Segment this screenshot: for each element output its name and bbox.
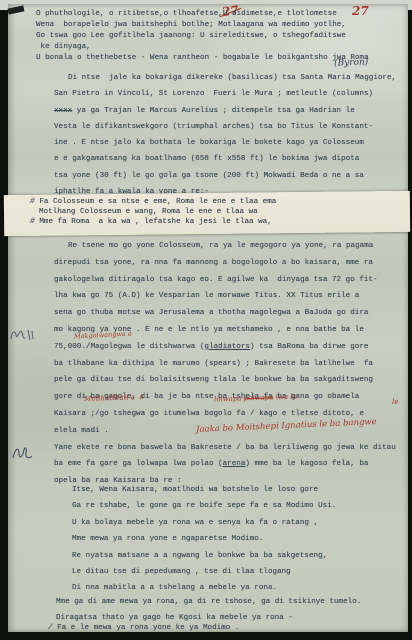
attribution-byron: (Byron) bbox=[334, 57, 369, 68]
paragraph-line: Di ntse jale ka bokariga dikereke (basil… bbox=[54, 70, 396, 86]
hymn-line: Le ditau tse di pepedumang , tse di tlaa… bbox=[72, 564, 336, 580]
paragraph-line: ine . E ntse jalo ka bothata le bokariga… bbox=[54, 135, 396, 151]
paragraph-line: ba eme fa gare ga lolwapa lwa polao (are… bbox=[54, 456, 396, 473]
hymn-line: Di nna mabitla a a tshelang a mebele ya … bbox=[72, 580, 336, 596]
underlined-word: arena bbox=[223, 460, 246, 468]
ode-line: Go tswa goo Lee gofitlhela jaanong: U si… bbox=[36, 31, 369, 42]
paragraph-line: gakologelwa ditiragalo tsa kago eo. E ag… bbox=[54, 272, 396, 289]
pencil-hash-mark: # bbox=[30, 197, 35, 206]
hymn-line: Mme mewa ya rona yone e ngaparetse Modim… bbox=[72, 531, 336, 547]
hymn-line: Itse, Wena Kaisara, moatlhodi wa botshel… bbox=[72, 482, 336, 498]
red-struck-word: polwapa bbox=[244, 393, 274, 402]
ode-line: ke dinyaga, bbox=[36, 42, 369, 53]
hymn-stanza: Itse, Wena Kaisara, moatlhodi wa botshel… bbox=[72, 482, 336, 597]
ode-line: O phuthologile, o ritibetse,o tlhoafetse… bbox=[36, 9, 369, 20]
ode-line: U bonala o thethebetse - Wena rantheon -… bbox=[36, 53, 369, 64]
paragraph-line: pele ga ditau tse di bolaisitsweng tlala… bbox=[54, 372, 396, 389]
paragraph-line: ba tlhabane ka dithipa le marumo (spears… bbox=[54, 356, 396, 373]
poem-line: Motlhang Colosseum e wang, Roma le ene e… bbox=[30, 207, 276, 217]
hymn-line: Mme ga di ame mewa ya rona, ga di re tsh… bbox=[56, 598, 361, 606]
poem-line: # Fa Colosseum e sa ntse e eme, Roma le … bbox=[30, 197, 276, 207]
paragraph-line: direpudi tsa yone, ra nna fa mannong a b… bbox=[54, 255, 396, 272]
pencil-hash-mark: # bbox=[30, 217, 35, 226]
paragraph-basilicas: Di ntse jale ka bokariga dikereke (basil… bbox=[54, 70, 396, 200]
paragraph-line: tsa yone (30 ft) le go gola ga tsone (20… bbox=[54, 168, 396, 184]
struck-word: xxxx bbox=[54, 107, 72, 115]
poem-line: # Mme fa Roma a ka wa , lefatshe ka jesi… bbox=[30, 217, 276, 227]
paragraph-visit: Re tsene mo go yone Colosseum, ra ya le … bbox=[54, 238, 396, 490]
paragraph-line: 75,000./Magolegwa le ditshwarwa (gladiat… bbox=[54, 339, 396, 356]
hymn-line: Diragatsa thato ya gago he Kgosi ka mebe… bbox=[56, 614, 293, 622]
paragraph-line: Vesta le difikantswekgoro (triumphal arc… bbox=[54, 119, 396, 135]
hymn-line: U ka bolaya mebele ya rona wa e senya ka… bbox=[72, 515, 336, 531]
pencil-margin-scribble bbox=[10, 444, 40, 464]
colosseum-couplet: # Fa Colosseum e sa ntse e eme, Roma le … bbox=[30, 197, 276, 227]
underlined-word: gladiators bbox=[204, 343, 250, 351]
hymn-line: Ga re tshabe, le gone ga re boife sepe f… bbox=[72, 498, 336, 514]
hymn-line: / Fa e le mewa ya rona yone ke ya Modimo… bbox=[48, 624, 239, 632]
paragraph-line: xxxx ya ga Trajan le Marcus Aurelius ; d… bbox=[54, 103, 396, 119]
paper: 27 27 O phuthologile, o ritibetse,o tlho… bbox=[8, 4, 408, 632]
ode-line: Wena borapelelo jwa baitshephi botlhe; M… bbox=[36, 20, 369, 31]
paragraph-line: e e gakgamatsang ka boatlhamo (658 ft x5… bbox=[54, 151, 396, 167]
paragraph-line: lha kwa go 75 (A.D) ke Vesparian le morw… bbox=[54, 288, 396, 305]
paragraph-line: Re tsene mo go yone Colosseum, ra ya le … bbox=[54, 238, 396, 255]
red-annotation-le: le bbox=[392, 398, 398, 406]
scanned-page: 27 27 O phuthologile, o ritibetse,o tlho… bbox=[0, 0, 412, 640]
pencil-slash-mark: / bbox=[48, 624, 57, 632]
paragraph-line: San Pietro in Vincoli, St Lorenzo Fueri … bbox=[54, 86, 396, 102]
tape-mark bbox=[8, 5, 25, 14]
ode-stanza: O phuthologile, o ritibetse,o tlhoafetse… bbox=[36, 9, 369, 64]
paragraph-line: sena go thuba motse wa Jerusalema a thot… bbox=[54, 305, 396, 322]
hymn-line: Re nyatsa matsane a a ngwang le bonkwe b… bbox=[72, 548, 336, 564]
paragraph-line: Yane ekete re bona baswela ba Bakresete … bbox=[54, 440, 396, 457]
pencil-margin-scribble bbox=[8, 326, 36, 344]
